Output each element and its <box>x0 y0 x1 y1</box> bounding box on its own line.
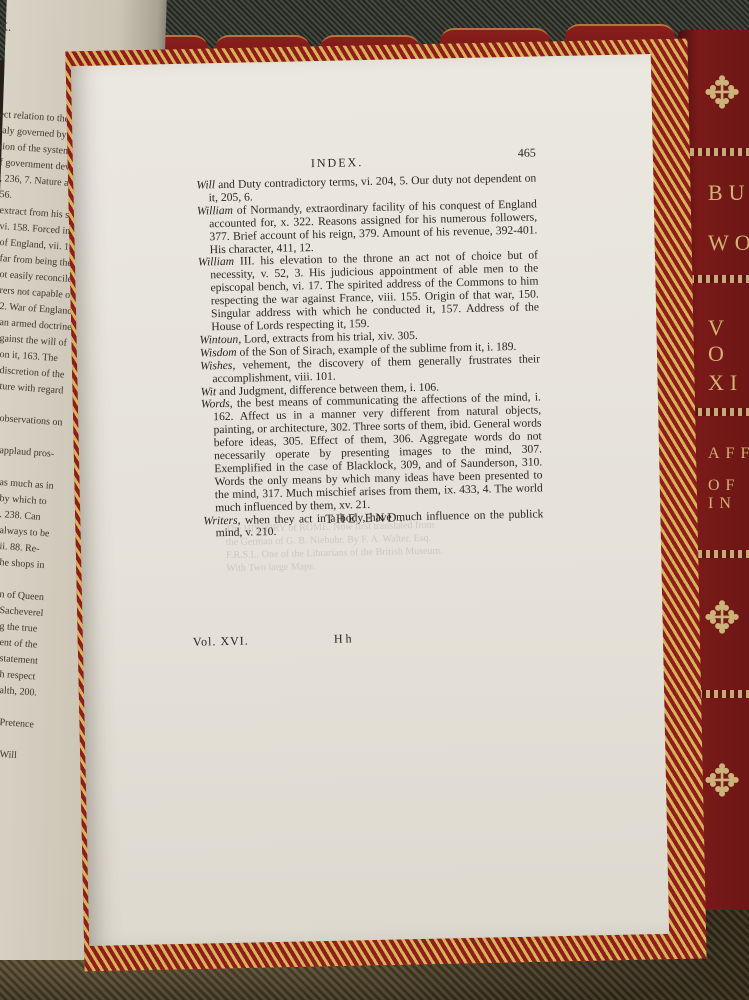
index-page: The HISTORY of ROME. Now first translate… <box>71 54 669 946</box>
spine-label: V O <box>708 315 749 367</box>
index-entry: Words, the best means of communicating t… <box>201 392 543 515</box>
the-end-label: THE END. <box>325 511 406 526</box>
spine-label: AFFA <box>708 445 749 463</box>
spine-label: XI <box>708 370 743 396</box>
quatrefoil-ornament-icon: ✥ <box>698 758 746 806</box>
spine-label: OF IN <box>708 477 749 513</box>
quatrefoil-ornament-icon: ✥ <box>698 595 746 643</box>
spine-label: WO <box>708 230 749 256</box>
page-number: 465 <box>518 146 536 159</box>
running-title: INDEX. <box>311 156 364 170</box>
quatrefoil-ornament-icon: ✥ <box>698 70 746 118</box>
index-entry: William III. his elevation to the throne… <box>198 250 540 335</box>
spine-band <box>682 148 749 156</box>
index-entries: Will and Duty contradictory terms, vi. 2… <box>196 172 543 540</box>
spine-label: BU <box>708 180 749 206</box>
page-content: INDEX. 465 Will and Duty contradictory t… <box>196 146 544 540</box>
index-entry: William of Normandy, extraordinary facil… <box>197 198 538 257</box>
signature-mark: H h <box>334 632 352 645</box>
volume-footer: Vol. XVI. <box>193 635 249 649</box>
